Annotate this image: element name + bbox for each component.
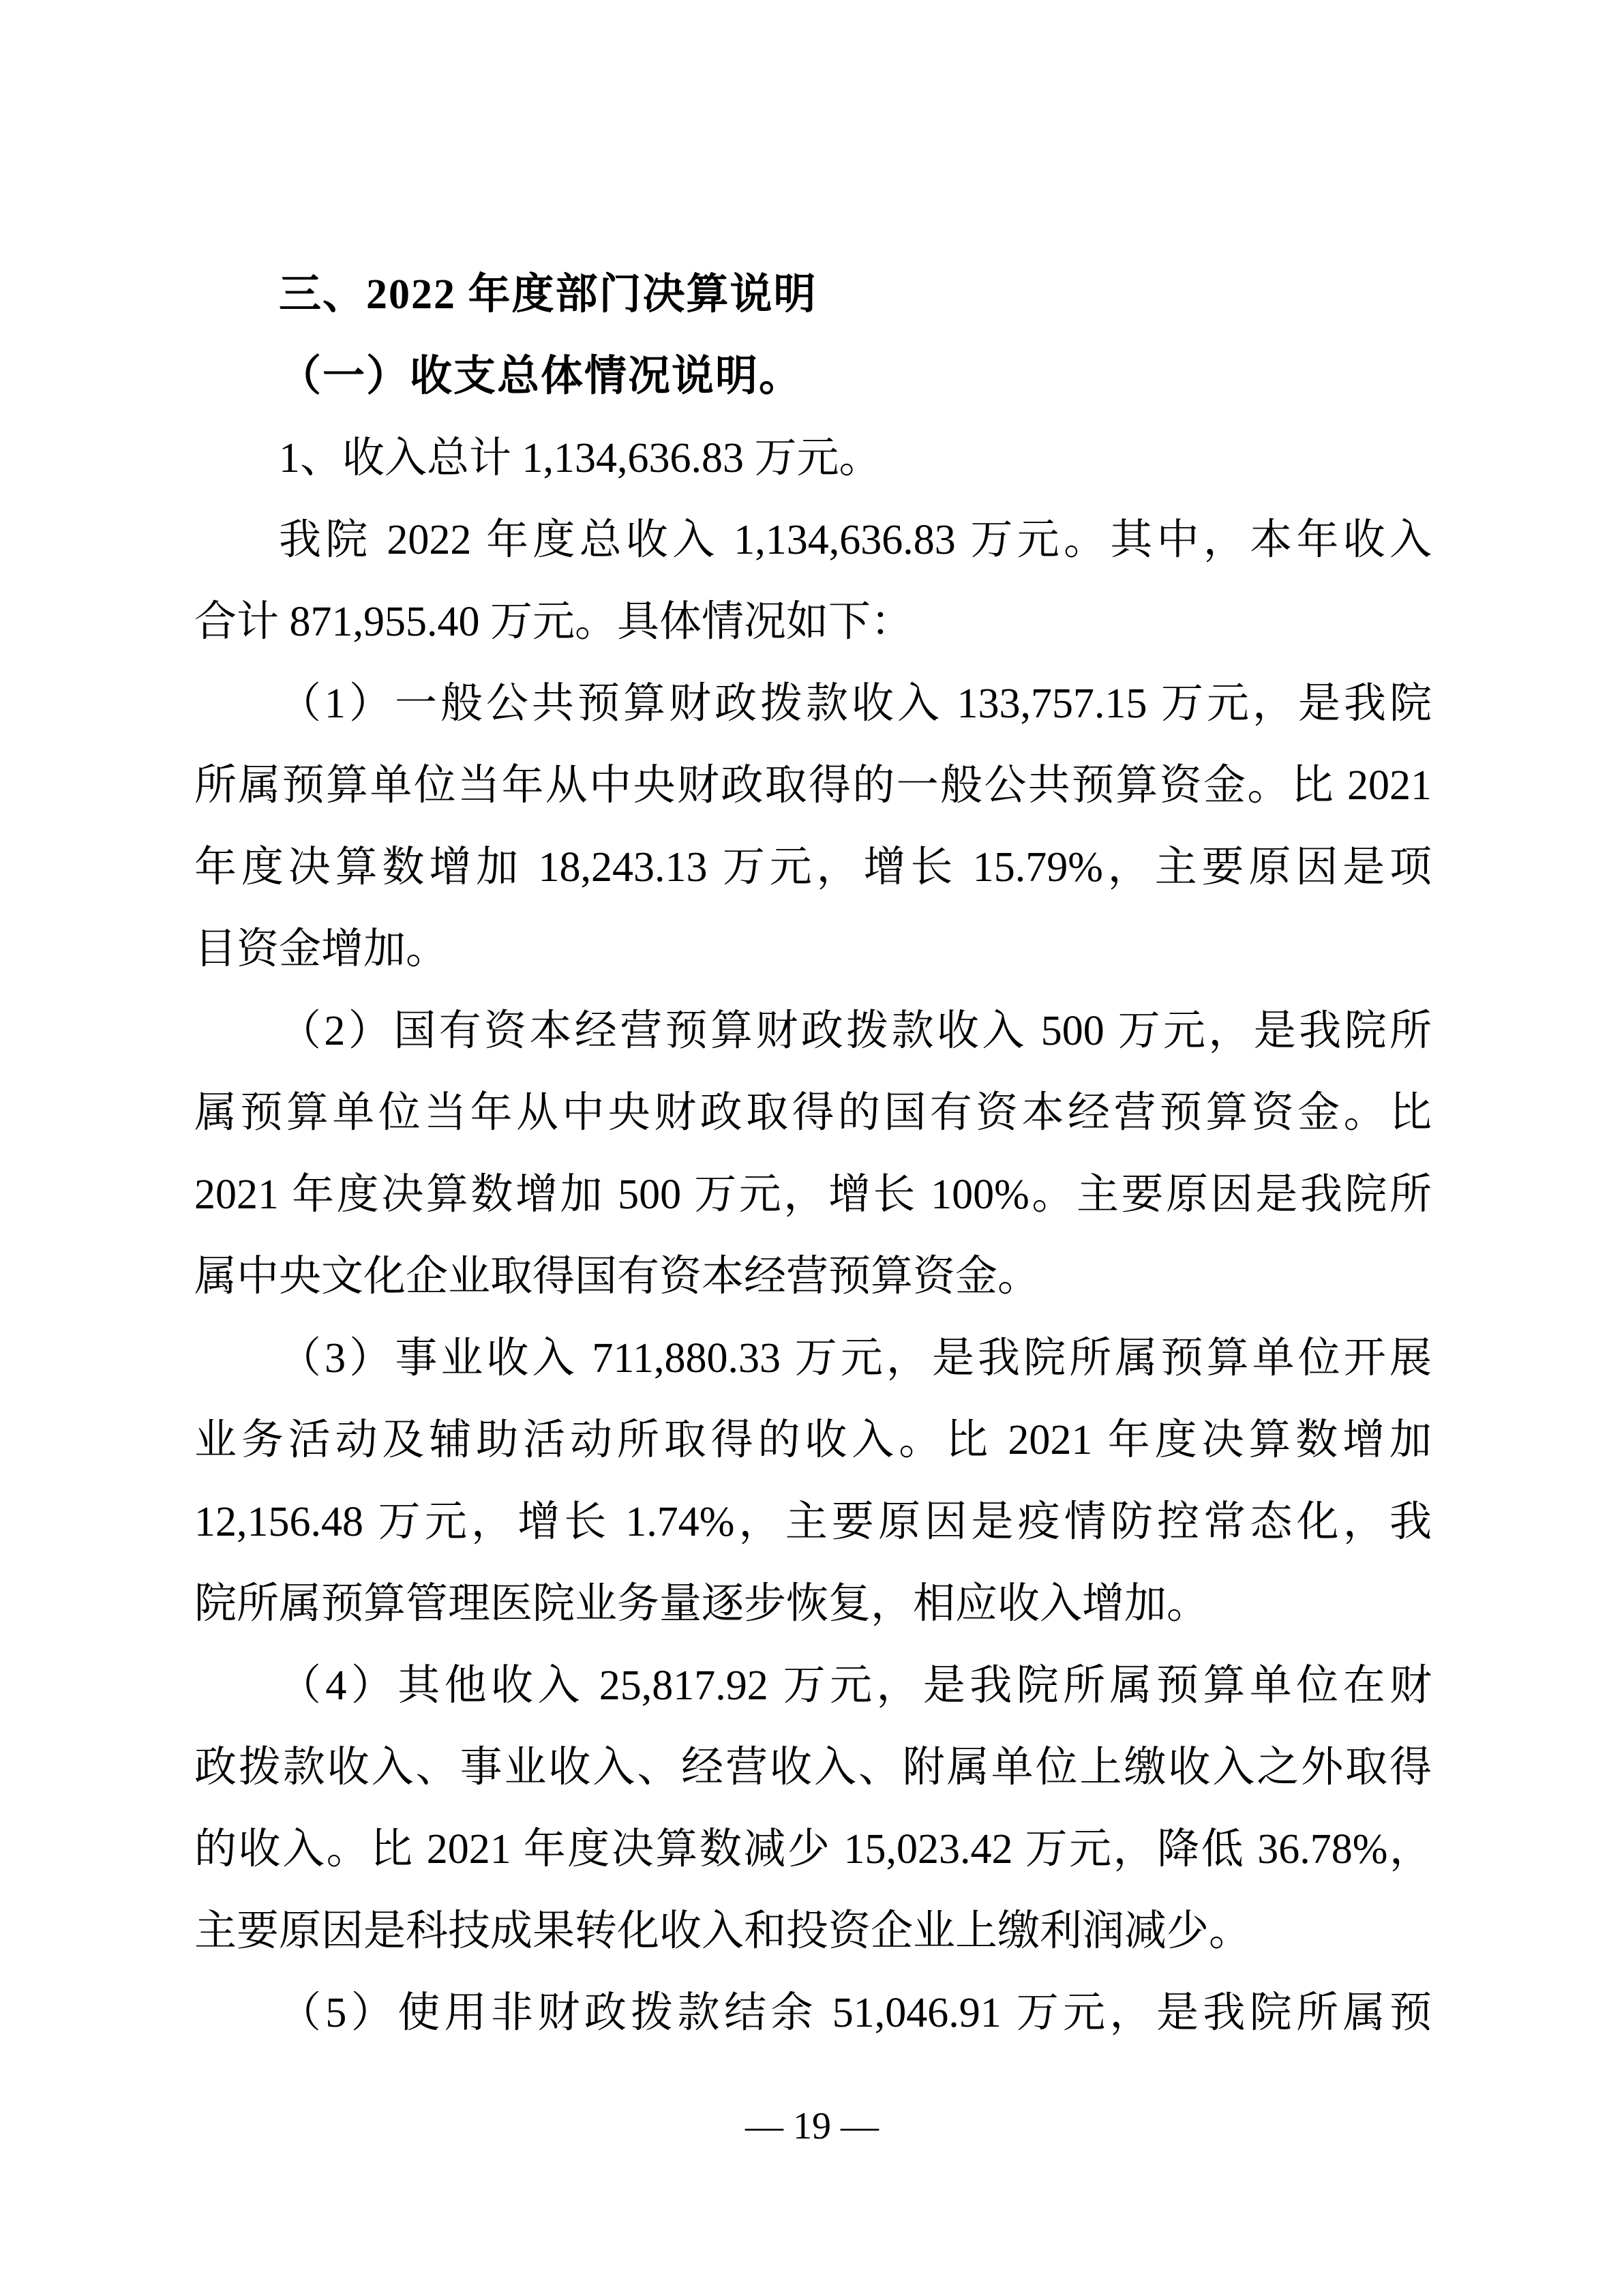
paragraph-item-3-operating-income-line: （3）事业收入 711,880.33 万元，是我院所属预算单位开展 — [194, 1317, 1432, 1399]
page-number: — 19 — — [0, 2102, 1624, 2151]
paragraph-item-2-state-capital-budget-line: 属预算单位当年从中央财政取得的国有资本经营预算资金。比 — [194, 1072, 1432, 1154]
paragraph-item-3-operating-income-line: 12,156.48 万元，增长 1.74%，主要原因是疫情防控常态化，我 — [194, 1481, 1432, 1563]
paragraph-item-4-other-income-line: 的收入。比 2021 年度决算数减少 15,023.42 万元，降低 36.78… — [194, 1808, 1432, 1890]
paragraph-total-income-line: 1、收入总计 1,134,636.83 万元。 — [194, 417, 1432, 499]
paragraph-item-1-general-public-budget-line: 目资金增加。 — [194, 908, 1432, 990]
paragraph-item-2-state-capital-budget-line: （2）国有资本经营预算财政拨款收入 500 万元，是我院所 — [194, 990, 1432, 1072]
subsection-heading-line: （一）收支总体情况说明。 — [194, 336, 1432, 417]
document-page: 三、2022 年度部门决算说明（一）收支总体情况说明。1、收入总计 1,134,… — [0, 0, 1624, 2296]
paragraph-income-overview-line: 合计 871,955.40 万元。具体情况如下： — [194, 581, 1432, 663]
paragraph-item-1-general-public-budget-line: 年度决算数增加 18,243.13 万元，增长 15.79%，主要原因是项 — [194, 826, 1432, 908]
paragraph-income-overview-line: 我院 2022 年度总收入 1,134,636.83 万元。其中，本年收入 — [194, 499, 1432, 581]
paragraph-item-1-general-public-budget-line: 所属预算单位当年从中央财政取得的一般公共预算资金。比 2021 — [194, 745, 1432, 826]
paragraph-item-1-general-public-budget-line: （1）一般公共预算财政拨款收入 133,757.15 万元，是我院 — [194, 663, 1432, 745]
paragraph-item-4-other-income-line: 政拨款收入、事业收入、经营收入、附属单位上缴收入之外取得 — [194, 1727, 1432, 1808]
section-heading-line: 三、2022 年度部门决算说明 — [194, 254, 1432, 336]
paragraph-item-2-state-capital-budget-line: 2021 年度决算数增加 500 万元，增长 100%。主要原因是我院所 — [194, 1154, 1432, 1236]
paragraph-item-5-non-fiscal-balance-line: （5）使用非财政拨款结余 51,046.91 万元，是我院所属预 — [194, 1972, 1432, 2054]
paragraph-item-4-other-income-line: 主要原因是科技成果转化收入和投资企业上缴利润减少。 — [194, 1890, 1432, 1972]
paragraph-item-4-other-income-line: （4）其他收入 25,817.92 万元，是我院所属预算单位在财 — [194, 1645, 1432, 1727]
paragraph-item-3-operating-income-line: 业务活动及辅助活动所取得的收入。比 2021 年度决算数增加 — [194, 1399, 1432, 1481]
document-body: 三、2022 年度部门决算说明（一）收支总体情况说明。1、收入总计 1,134,… — [194, 254, 1432, 2054]
paragraph-item-3-operating-income-line: 院所属预算管理医院业务量逐步恢复，相应收入增加。 — [194, 1563, 1432, 1645]
paragraph-item-2-state-capital-budget-line: 属中央文化企业取得国有资本经营预算资金。 — [194, 1236, 1432, 1317]
